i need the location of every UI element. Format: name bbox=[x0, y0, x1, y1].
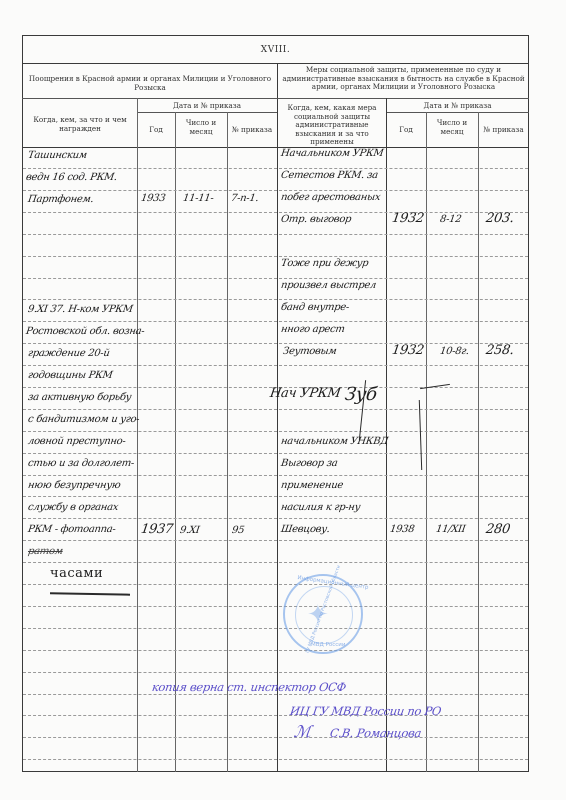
award-2-line-13: часами bbox=[50, 566, 103, 581]
row-rule bbox=[23, 409, 528, 410]
award-1-year: 1933 bbox=[140, 193, 166, 204]
certification-line-2: ИЦ ГУ МВД России по РО bbox=[289, 704, 442, 718]
certification-signature: ℳ bbox=[293, 722, 312, 741]
col-line bbox=[478, 112, 479, 772]
block-divider bbox=[277, 63, 278, 772]
award-2-line-3: граждение 20-й bbox=[27, 348, 110, 359]
penalty-2-day-month: 10-8г. bbox=[439, 346, 469, 357]
right-col-description-header: Когда, кем, какая мера социальной защиты… bbox=[280, 104, 384, 147]
right-block-title: Меры социальной защиты, примененные по с… bbox=[281, 66, 526, 92]
award-2-line-2: Ростовской обл. возна- bbox=[25, 326, 145, 337]
row-rule bbox=[23, 606, 528, 607]
row-rule bbox=[23, 475, 528, 476]
right-col-day-month-header: Число и месяц bbox=[430, 119, 474, 136]
penalty-4-year: 1938 bbox=[389, 524, 415, 535]
row-rule bbox=[23, 453, 528, 454]
row-rule bbox=[23, 672, 528, 673]
table-frame bbox=[22, 35, 529, 772]
penalty-1-line-2: Сетестов РКМ. за bbox=[280, 170, 378, 181]
right-col-date-group-header: Дата и № приказа bbox=[386, 102, 529, 111]
section-number: XVIII. bbox=[22, 46, 529, 55]
official-stamp: ✦ Информационный центр ГУ МВД России по … bbox=[283, 574, 363, 654]
left-col-day-month-header: Число и месяц bbox=[180, 119, 222, 136]
award-1-line-2: ведн 16 сод. РКМ. bbox=[25, 172, 117, 183]
row-rule bbox=[23, 168, 528, 169]
penalty-3-signature: Зуб bbox=[344, 384, 379, 405]
col-line bbox=[386, 98, 387, 772]
penalty-2-year: 1932 bbox=[391, 343, 425, 358]
certification-line-3: С.В. Романцова bbox=[329, 726, 422, 740]
penalty-2-line-5: Зеутовым bbox=[282, 346, 337, 357]
row-rule bbox=[23, 540, 528, 541]
left-col-order-no-header: № приказа bbox=[227, 126, 277, 135]
row-rule bbox=[23, 759, 528, 760]
row-rule bbox=[23, 212, 528, 213]
penalty-1-day-month: 8-12 bbox=[439, 214, 462, 225]
left-col-date-group-header: Дата и № приказа bbox=[137, 102, 277, 111]
right-col-order-no-header: № приказа bbox=[478, 126, 529, 135]
row-rule bbox=[23, 256, 528, 257]
penalty-1-line-1: Начальником УРКМ bbox=[280, 148, 384, 159]
col-line bbox=[227, 112, 228, 772]
award-2-line-9: нюю безупречную bbox=[27, 480, 121, 491]
award-2-line-10: службу в органах bbox=[27, 502, 119, 513]
award-1-line-3: Партфонем. bbox=[27, 194, 94, 205]
row-rule bbox=[23, 650, 528, 651]
header-divider bbox=[22, 63, 529, 64]
row-rule bbox=[23, 715, 528, 716]
penalty-3-line-1: Нач УРКМ bbox=[269, 386, 342, 401]
penalty-1-line-4: Отр. выговор bbox=[280, 214, 352, 225]
penalty-4-order-no: 280 bbox=[485, 522, 511, 537]
certification-line-1: копия верна ст. инспектор ОСФ bbox=[151, 680, 347, 694]
penalty-2-line-4: нного арест bbox=[280, 324, 345, 335]
archival-record-page: XVIII. Поощрения в Красной армии и орган… bbox=[0, 0, 566, 800]
penalty-2-line-3: банд внутре- bbox=[280, 302, 350, 313]
col-line bbox=[137, 98, 138, 772]
row-rule bbox=[23, 562, 528, 563]
right-col-year-header: Год bbox=[386, 126, 426, 135]
award-2-line-6: с бандитизмом и уго- bbox=[27, 414, 140, 425]
date-group-divider-right bbox=[386, 112, 529, 113]
col-line bbox=[175, 112, 176, 772]
left-block-title: Поощрения в Красной армии и органах Мили… bbox=[26, 75, 274, 92]
row-rule bbox=[23, 518, 528, 519]
row-rule bbox=[23, 234, 528, 235]
award-2-line-8: стью и за долголет- bbox=[27, 458, 135, 469]
left-col-description-header: Когда, кем, за что и чем награжден bbox=[28, 116, 132, 133]
row-rule bbox=[23, 431, 528, 432]
penalty-4-line-5: Шевцову. bbox=[280, 524, 330, 535]
penalty-2-line-2: произвел выстрел bbox=[280, 280, 377, 291]
award-1-line-1: Ташинским bbox=[27, 150, 87, 161]
award-2-day-month: 9.XI bbox=[179, 525, 200, 536]
penalty-4-line-3: применение bbox=[280, 480, 343, 491]
row-rule bbox=[23, 299, 528, 300]
penalty-4-line-1: начальником УНКВД bbox=[280, 436, 389, 447]
award-1-order-no: 7-п-1. bbox=[230, 193, 259, 204]
award-1-day-month: 11-11- bbox=[182, 193, 214, 204]
row-rule bbox=[23, 628, 528, 629]
row-rule bbox=[23, 321, 528, 322]
penalty-4-line-4: насилия к гр-ну bbox=[280, 502, 361, 513]
penalty-1-year: 1932 bbox=[391, 211, 425, 226]
award-2-line-4: годовщины РКМ bbox=[27, 370, 113, 381]
row-rule bbox=[23, 496, 528, 497]
penalty-1-line-3: побег арестованых bbox=[280, 192, 381, 203]
row-rule bbox=[23, 278, 528, 279]
award-2-line-1: 9.XI 37. Н-ком УРКМ bbox=[27, 304, 133, 315]
penalty-1-order-no: 203. bbox=[485, 211, 515, 226]
row-rule bbox=[23, 365, 528, 366]
row-rule bbox=[23, 343, 528, 344]
penalty-2-order-no: 258. bbox=[485, 343, 515, 358]
col-line bbox=[426, 112, 427, 772]
subheader-divider-left bbox=[22, 98, 277, 99]
header-bottom-line bbox=[22, 147, 529, 148]
stamp-text-bottom: МВД России bbox=[311, 642, 345, 648]
row-rule bbox=[23, 584, 528, 585]
row-rule bbox=[23, 737, 528, 738]
award-2-year: 1937 bbox=[140, 522, 174, 537]
date-group-divider-left bbox=[137, 112, 277, 113]
award-2-order-no: 95 bbox=[231, 525, 245, 536]
penalty-4-day-month: 11/XII bbox=[435, 524, 466, 535]
row-rule bbox=[23, 694, 528, 695]
left-col-year-header: Год bbox=[137, 126, 175, 135]
award-2-line-7: ловной преступно- bbox=[27, 436, 126, 447]
subheader-divider-right bbox=[277, 98, 529, 99]
award-2-line-5: за активную борьбу bbox=[27, 392, 132, 403]
award-2-line-12-struck: ратом bbox=[27, 546, 63, 557]
penalty-4-line-2: Выговор за bbox=[280, 458, 338, 469]
award-2-line-11: РКМ - фотоаппа- bbox=[27, 524, 116, 535]
penalty-2-line-1: Тоже при дежур bbox=[280, 258, 369, 269]
row-rule bbox=[23, 190, 528, 191]
